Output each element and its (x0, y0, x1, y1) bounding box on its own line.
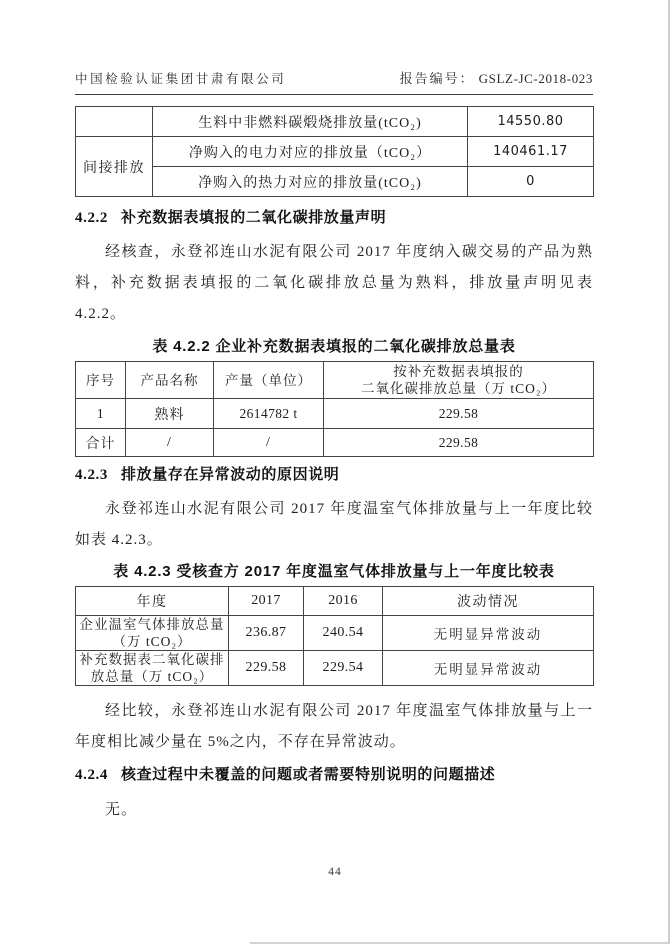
table-row: 间接排放 净购入的电力对应的排放量（tCO₂） 140461.17 (76, 137, 594, 167)
section-number: 4.2.4 (75, 767, 108, 783)
fluctuation-cell: 无明显异常波动 (383, 616, 594, 651)
row-no-cell: 合计 (76, 429, 126, 457)
value-2016-cell: 229.54 (304, 651, 383, 686)
section-heading-423: 4.2.3排放量存在异常波动的原因说明 (75, 465, 593, 485)
paragraph-422: 经核查，永登祁连山水泥有限公司 2017 年度纳入碳交易的产品为熟料，补充数据表… (75, 237, 593, 330)
section-number: 4.2.3 (75, 467, 108, 483)
total-cell: 229.58 (324, 399, 594, 429)
table-423-caption: 表 4.2.3 受核查方 2017 年度温室气体排放量与上一年度比较表 (75, 561, 593, 582)
table-422-caption: 表 4.2.2 企业补充数据表填报的二氧化碳排放总量表 (75, 336, 593, 357)
emission-item-cell: 生料中非燃料碳煅烧排放量(tCO₂) (153, 107, 468, 137)
table-row: 合计 / / 229.58 (76, 429, 594, 457)
row-label-cell: 企业温室气体排放总量 （万 tCO₂） (76, 616, 229, 651)
section-heading-424: 4.2.4核查过程中未覆盖的问题或者需要特别说明的问题描述 (75, 765, 593, 785)
column-header-2017: 2017 (229, 587, 304, 616)
paragraph-none: 无。 (75, 795, 593, 826)
report-number-value: GSLZ-JC-2018-023 (479, 71, 593, 86)
column-header-no: 序号 (76, 362, 126, 399)
output-cell: / (214, 429, 324, 457)
table-row: 1 熟料 2614782 t 229.58 (76, 399, 594, 429)
table-row: 补充数据表二氧化碳排 放总量（万 tCO₂） 229.58 229.54 无明显… (76, 651, 594, 686)
section-number: 4.2.2 (75, 210, 108, 226)
section-title: 排放量存在异常波动的原因说明 (121, 466, 339, 483)
page-header: 中国检验认证集团甘肃有限公司 报告编号：GSLZ-JC-2018-023 (75, 68, 593, 95)
column-header-fluctuation: 波动情况 (383, 587, 594, 616)
row-label-cell: 补充数据表二氧化碳排 放总量（万 tCO₂） (76, 651, 229, 686)
paragraph-comparison: 经比较，永登祁连山水泥有限公司 2017 年度温室气体排放量与上一年度相比减少量… (75, 696, 593, 758)
report-number: 报告编号：GSLZ-JC-2018-023 (400, 68, 593, 87)
column-header-product: 产品名称 (126, 362, 214, 399)
column-header-total: 按补充数据表填报的 二氧化碳排放总量（万 tCO₂） (324, 362, 594, 399)
table-row: 净购入的热力对应的排放量(tCO₂) 0 (76, 167, 594, 197)
category-cell-indirect: 间接排放 (76, 137, 153, 197)
paragraph-423: 永登祁连山水泥有限公司 2017 年度温室气体排放量与上一年度比较如表 4.2.… (75, 494, 593, 556)
section-heading-422: 4.2.2补充数据表填报的二氧化碳排放量声明 (75, 208, 593, 228)
column-header-2016: 2016 (304, 587, 383, 616)
column-header-output: 产量（单位） (214, 362, 324, 399)
fluctuation-cell: 无明显异常波动 (383, 651, 594, 686)
value-2017-cell: 236.87 (229, 616, 304, 651)
category-cell-empty (76, 107, 153, 137)
document-page: 中国检验认证集团甘肃有限公司 报告编号：GSLZ-JC-2018-023 生料中… (0, 0, 670, 944)
yearly-comparison-table: 年度 2017 2016 波动情况 企业温室气体排放总量 （万 tCO₂） 23… (75, 586, 594, 686)
emission-value-cell: 140461.17 (468, 137, 594, 167)
product-cell: 熟料 (126, 399, 214, 429)
total-cell: 229.58 (324, 429, 594, 457)
product-cell: / (126, 429, 214, 457)
section-title: 核查过程中未覆盖的问题或者需要特别说明的问题描述 (121, 766, 495, 783)
emission-item-cell: 净购入的电力对应的排放量（tCO₂） (153, 137, 468, 167)
section-title: 补充数据表填报的二氧化碳排放量声明 (121, 209, 386, 226)
table-row: 生料中非燃料碳煅烧排放量(tCO₂) 14550.80 (76, 107, 594, 137)
table-header-row: 年度 2017 2016 波动情况 (76, 587, 594, 616)
table-header-row: 序号 产品名称 产量（单位） 按补充数据表填报的 二氧化碳排放总量（万 tCO₂… (76, 362, 594, 399)
page-content: 中国检验认证集团甘肃有限公司 报告编号：GSLZ-JC-2018-023 生料中… (75, 0, 593, 826)
row-no-cell: 1 (76, 399, 126, 429)
page-number: 44 (0, 866, 670, 878)
value-2016-cell: 240.54 (304, 616, 383, 651)
column-header-year: 年度 (76, 587, 229, 616)
emissions-breakdown-table: 生料中非燃料碳煅烧排放量(tCO₂) 14550.80 间接排放 净购入的电力对… (75, 106, 594, 197)
emission-value-cell: 0 (468, 167, 594, 197)
value-2017-cell: 229.58 (229, 651, 304, 686)
output-cell: 2614782 t (214, 399, 324, 429)
emission-item-cell: 净购入的热力对应的排放量(tCO₂) (153, 167, 468, 197)
emission-value-cell: 14550.80 (468, 107, 594, 137)
report-number-label: 报告编号： (400, 71, 475, 86)
table-row: 企业温室气体排放总量 （万 tCO₂） 236.87 240.54 无明显异常波… (76, 616, 594, 651)
company-name: 中国检验认证集团甘肃有限公司 (75, 69, 286, 87)
supplementary-data-table: 序号 产品名称 产量（单位） 按补充数据表填报的 二氧化碳排放总量（万 tCO₂… (75, 361, 594, 457)
